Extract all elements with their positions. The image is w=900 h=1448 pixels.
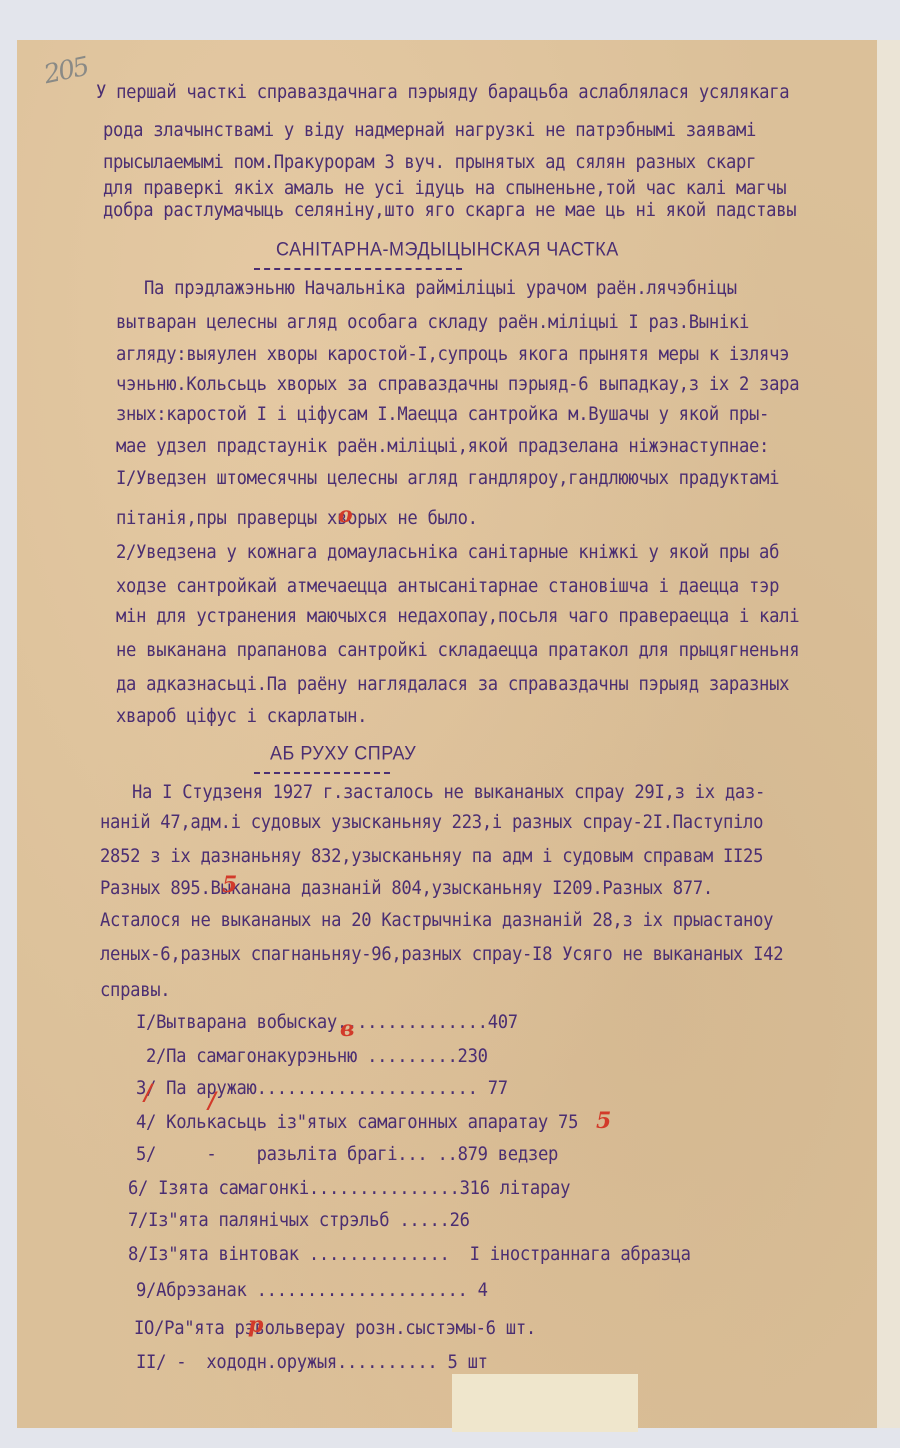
sanitary-line: 2/Уведзена у кожнага домауласьніка саніт… (116, 542, 779, 564)
sanitary-line: чэньню.Кольсьць хворых за справаздачны п… (116, 374, 799, 396)
sanitary-line: мае удзел прадстаунік раён.мiлiцыi,якой … (116, 436, 769, 458)
stats-item: 4/ Колькасьць із"ятых самагонных апарата… (136, 1112, 578, 1134)
sanitary-line: зных:каростой I i цiфусам I.Маецца сантр… (116, 404, 769, 426)
section-heading-sanitary: САНІТАРНА-МЭДЫЦЫНСКАЯ ЧАСТКА (276, 238, 619, 261)
stats-item: IO/Ра"ята рэвольверау розн.сыстэмы-6 шт. (134, 1318, 536, 1340)
cases-line: справы. (100, 980, 170, 1002)
heading-underline (254, 268, 462, 270)
cases-line: леных-6,разных спагнаньняу-96,разных спр… (100, 944, 783, 966)
red-correction-mark: / (144, 1080, 152, 1106)
red-correction-mark: о (338, 502, 353, 528)
stats-item: 6/ Ізята самагонкі...............316 літ… (128, 1178, 570, 1200)
red-correction-mark: 5 (222, 872, 237, 898)
stats-item: 7/Із"ята палянічых стрэльб .....26 (128, 1210, 470, 1232)
blank-label-patch (452, 1374, 638, 1432)
section-heading-cases: АБ РУХУ СПРАУ (270, 742, 416, 765)
red-correction-mark: в (340, 1016, 354, 1042)
cases-line: Асталося не выкананых на 20 Кастрычніка … (100, 910, 773, 932)
heading-underline (254, 772, 390, 774)
intro-line: У першай часткі справаздачнага пэрыяду б… (96, 82, 789, 104)
red-correction-mark: / (208, 1088, 216, 1114)
sanitary-line: да адказнасьці.Па раёну наглядалася за с… (116, 674, 789, 696)
sanitary-line: мін для устранения маючыхся недахопау,по… (116, 606, 799, 628)
sanitary-line: I/Уведзен штомесячны целесны агляд гандл… (116, 468, 779, 490)
cases-line: 2852 з іх дазнаньняу 832,узысканьняу па … (100, 846, 763, 868)
sanitary-line: не выканана прапанова сантройкі складаец… (116, 640, 799, 662)
intro-line: рода злачынствамі у віду надмернай нагру… (103, 120, 756, 142)
intro-line: добра растлумачыць селяніну,што яго скар… (103, 200, 796, 222)
sanitary-line: агляду:выяулен хворы каростой-I,супроць … (116, 344, 789, 366)
scan-edge-strip (877, 40, 900, 1428)
red-correction-mark: р (248, 1312, 263, 1338)
stats-item: 8/Із"ята вінтовак .............. I іност… (128, 1244, 691, 1266)
stats-item: 5/ - разьліта брагі... ..879 ведзер (136, 1144, 558, 1166)
red-correction-mark: 5 (596, 1108, 611, 1134)
stats-item: 3/ Па аружаю...................... 77 (136, 1078, 508, 1100)
sanitary-line: Па прэдлажэньню Начальніка раймiлiцыi ур… (144, 278, 737, 300)
sanitary-line: ходзе сантройкай атмечаецца антысанітарн… (116, 576, 779, 598)
stats-item: 9/Абрэзанак ..................... 4 (136, 1280, 488, 1302)
intro-line: прысылаемымі пом.Пракурорам 3 вуч. прыня… (103, 152, 756, 174)
sanitary-line: вытваран целесны агляд особага складу ра… (116, 312, 749, 334)
intro-line: для праверкі якіх амаль не усі ідуць на … (103, 178, 786, 200)
stats-item: 2/Па самагонакурэньню .........230 (146, 1046, 488, 1068)
cases-line: наній 47,адм.і судовых узысканьняу 223,і… (100, 812, 763, 834)
stats-item: II/ - хододн.оружыя.......... 5 шт (136, 1352, 488, 1374)
stats-item: I/Вытварана вобыскау...............407 (136, 1012, 518, 1034)
cases-line: На I Студзеня 1927 г.засталось не выкана… (132, 782, 765, 804)
cases-line: Разных 895.Выканана дазнаній 804,узыскан… (100, 878, 713, 900)
sanitary-line: хвароб цiфус і скарлатын. (116, 706, 367, 728)
sanitary-line: пітанія,пры праверцы хворых не было. (116, 508, 478, 530)
